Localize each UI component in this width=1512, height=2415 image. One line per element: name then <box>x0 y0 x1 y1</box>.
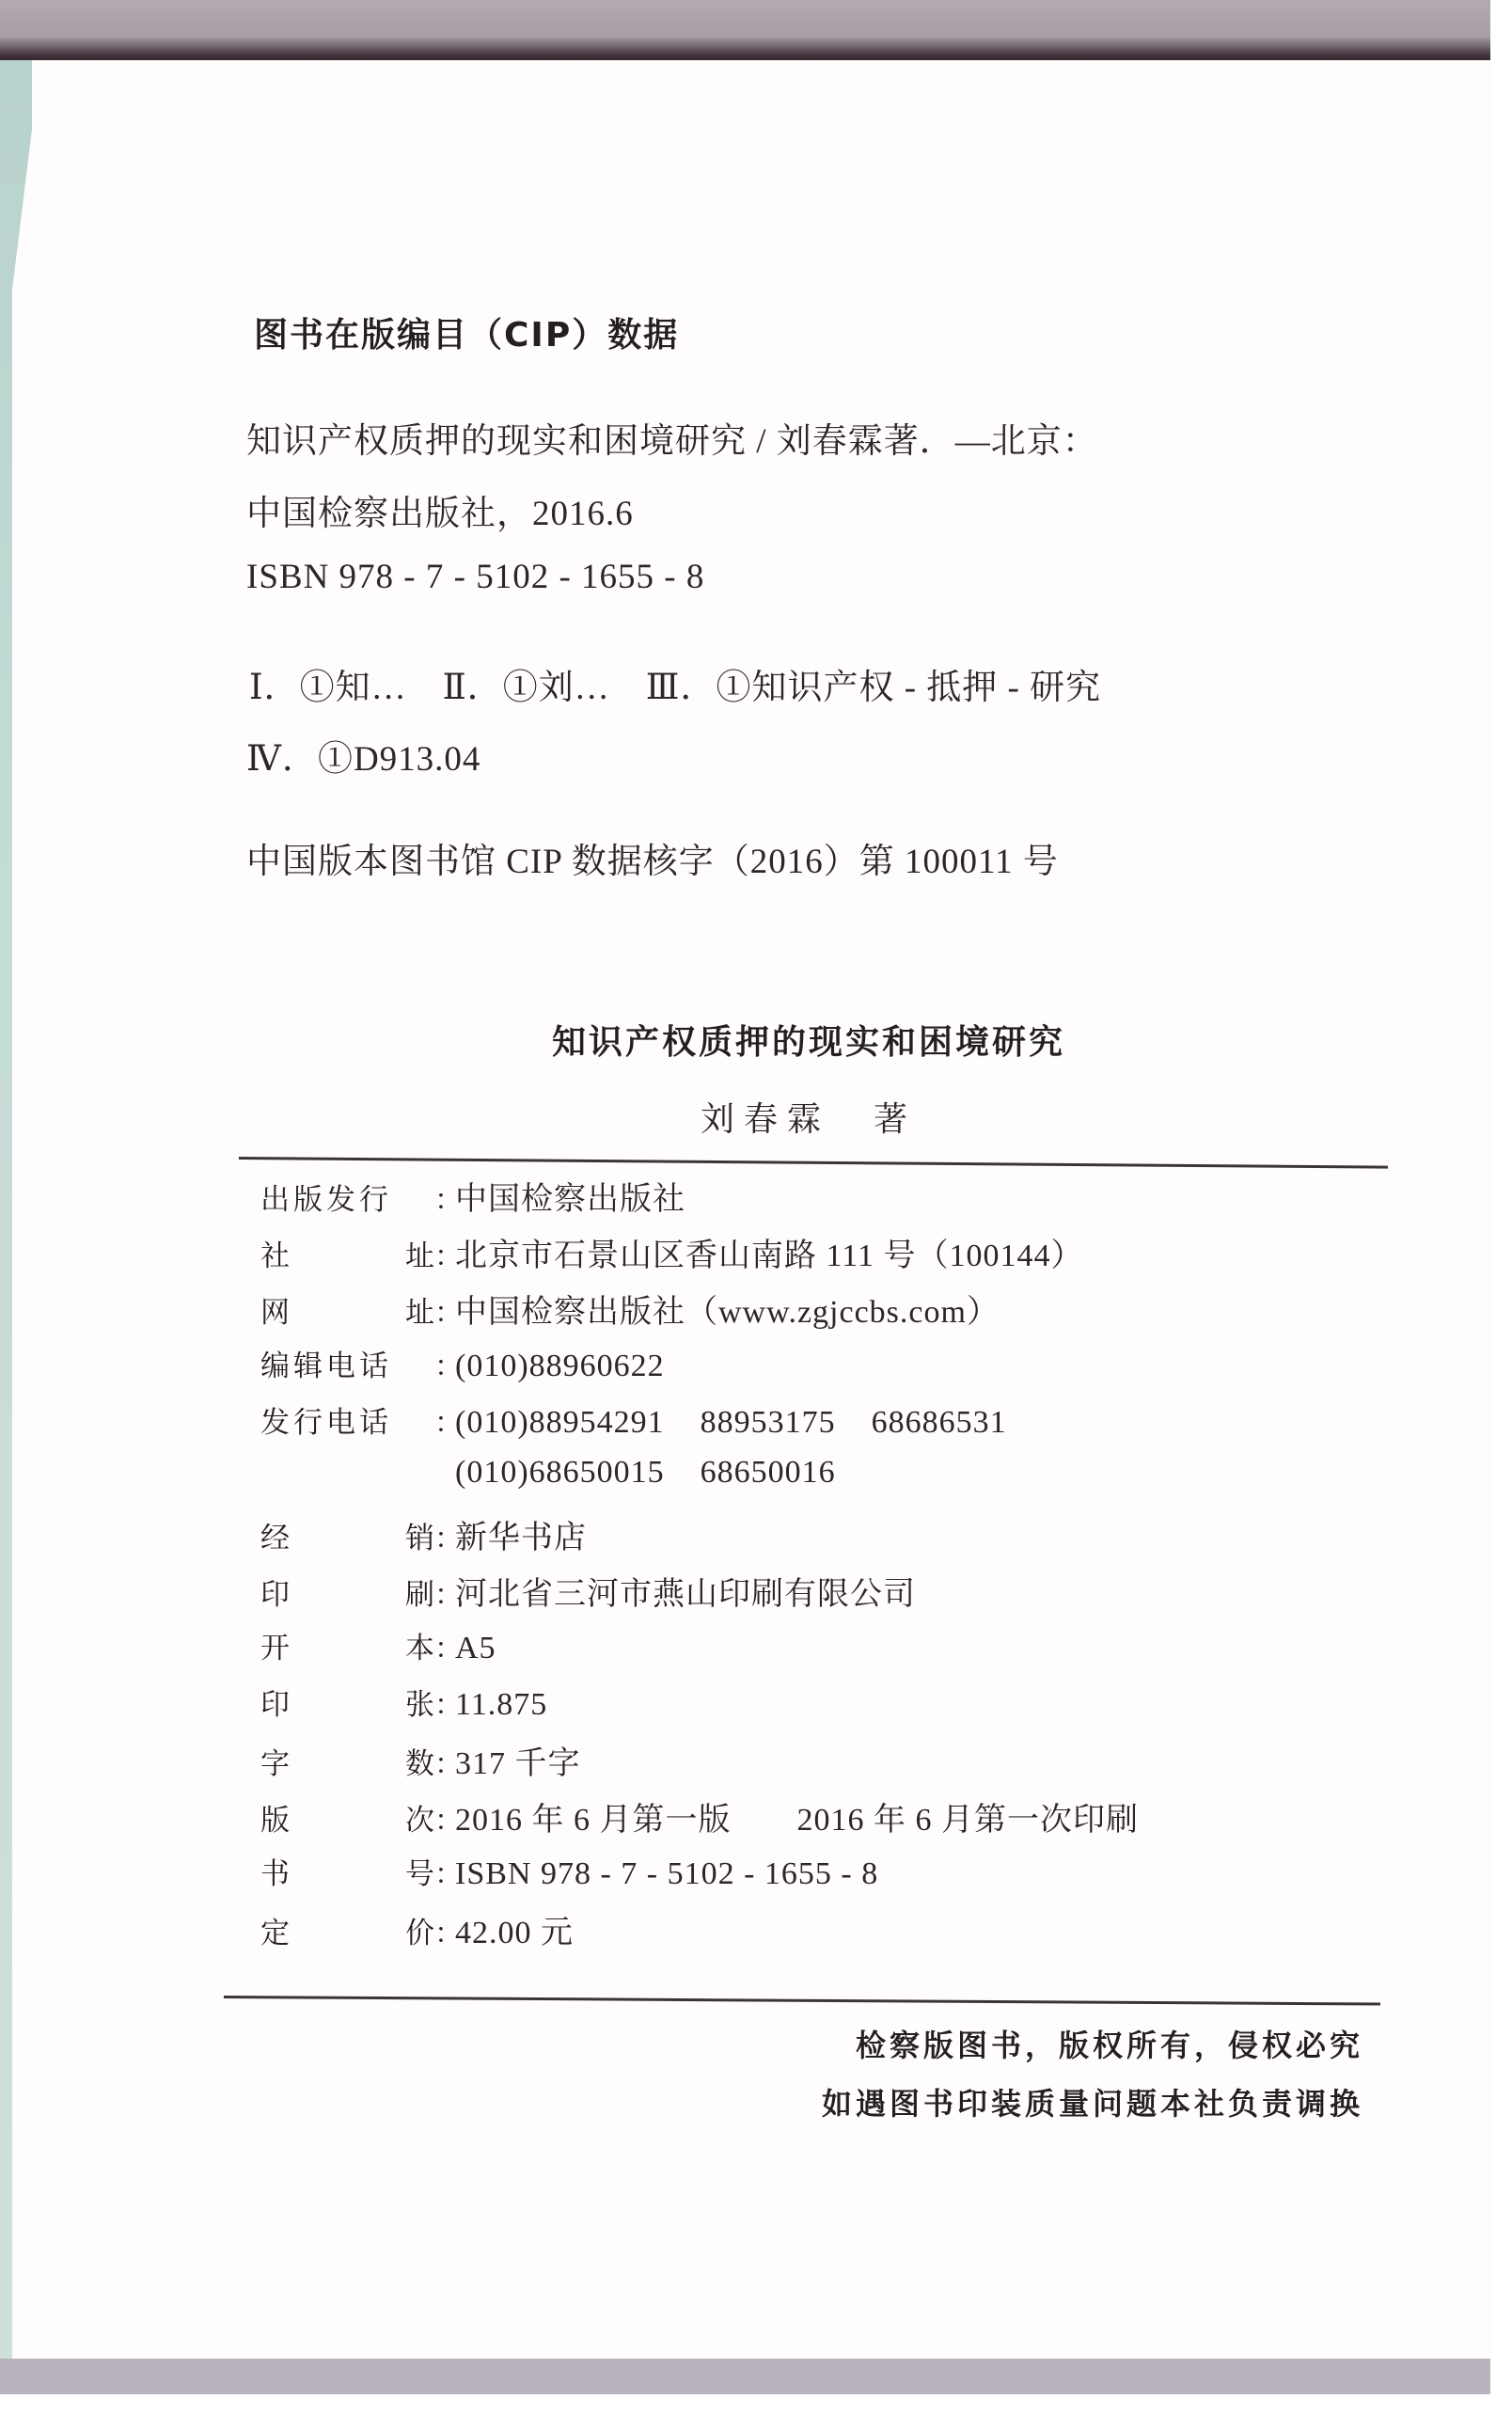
imprint-label: 网址 <box>260 1288 434 1331</box>
imprint-row-website: 网址 ： 中国检察出版社（www.zgjccbs.com） <box>260 1286 1139 1342</box>
imprint-label: 印刷 <box>260 1571 434 1613</box>
imprint-value: 11.875 <box>455 1687 547 1723</box>
imprint-row-printer: 印刷 ： 河北省三河市燕山印刷有限公司 <box>260 1568 1139 1624</box>
quality-notice: 如遇图书印装质量问题本社负责调换 <box>822 2080 1363 2123</box>
imprint-label: 印张 <box>260 1681 434 1723</box>
imprint-row-distribution-phone-cont: (010)6865001568650016 <box>260 1455 1139 1511</box>
imprint-value: 北京市石景山区香山南路 111 号（100144） <box>455 1229 1083 1275</box>
copyright-notice: 检察版图书，版权所有，侵权必究 <box>856 2022 1363 2065</box>
imprint-label: 字数 <box>260 1740 434 1782</box>
cip-heading: 图书在版编目（CIP）数据 <box>254 308 679 356</box>
imprint-value: 中国检察出版社 <box>455 1173 685 1219</box>
imprint-value: 河北省三河市燕山印刷有限公司 <box>455 1568 916 1614</box>
imprint-row-word-count: 字数 ： 317 千字 <box>260 1737 1139 1793</box>
imprint-row-edition: 版次 ： 2016 年 6 月第一版2016 年 6 月第一次印刷 <box>260 1793 1139 1850</box>
imprint-value: 317 千字 <box>455 1737 581 1783</box>
imprint-label: 定价 <box>260 1909 434 1951</box>
imprint-row-price: 定价 ： 42.00 元 <box>260 1906 1139 1963</box>
cip-publisher-line: 中国检察出版社，2016.6 <box>246 484 634 535</box>
imprint-label: 出版发行 <box>260 1176 434 1218</box>
imprint-label: 版次 <box>260 1796 434 1839</box>
book-author: 刘春霖 著 <box>0 1093 1512 1141</box>
cip-classification-line: Ⅳ．①D913.04 <box>246 730 480 781</box>
cip-isbn-line: ISBN 978 - 7 - 5102 - 1655 - 8 <box>246 557 704 597</box>
cip-title-line: 知识产权质押的现实和困境研究 / 刘春霖著．—北京： <box>246 412 1098 463</box>
imprint-row-publisher: 出版发行 ： 中国检察出版社 <box>260 1173 1139 1229</box>
imprint-row-sheets: 印张 ： 11.875 <box>260 1681 1139 1737</box>
imprint-label: 书号 <box>260 1850 434 1892</box>
imprint-row-format: 开本 ： A5 <box>260 1624 1139 1681</box>
imprint-value: (010)88960622 <box>455 1349 665 1384</box>
imprint-label: 发行电话 <box>260 1398 434 1441</box>
imprint-label: 社址 <box>260 1232 434 1274</box>
imprint-value: ISBN 978 - 7 - 5102 - 1655 - 8 <box>455 1856 878 1892</box>
cip-record-number: 中国版本图书馆 CIP 数据核字（2016）第 100011 号 <box>246 832 1059 883</box>
imprint-value: A5 <box>455 1631 496 1666</box>
imprint-label: 开本 <box>260 1624 434 1666</box>
imprint-row-address: 社址 ： 北京市石景山区香山南路 111 号（100144） <box>260 1229 1139 1286</box>
imprint-row-isbn: 书号 ： ISBN 978 - 7 - 5102 - 1655 - 8 <box>260 1850 1139 1906</box>
imprint-label: 编辑电话 <box>260 1342 434 1384</box>
imprint-label: 经销 <box>260 1514 434 1556</box>
imprint-value: (010)6865001568650016 <box>455 1455 836 1491</box>
imprint-row-distribution-phone: 发行电话 ： (010)889542918895317568686531 <box>260 1398 1139 1455</box>
imprint-value: 新华书店 <box>455 1511 587 1557</box>
imprint-value: (010)889542918895317568686531 <box>455 1405 1007 1441</box>
imprint-value: 2016 年 6 月第一版2016 年 6 月第一次印刷 <box>455 1793 1139 1839</box>
book-title: 知识产权质押的现实和困境研究 <box>0 1016 1512 1064</box>
cip-subject-line: Ⅰ．①知… Ⅱ．①刘… Ⅲ．①知识产权 - 抵押 - 研究 <box>249 658 1101 709</box>
imprint-row-editorial-phone: 编辑电话 ： (010)88960622 <box>260 1342 1139 1398</box>
imprint-table: 出版发行 ： 中国检察出版社 社址 ： 北京市石景山区香山南路 111 号（10… <box>260 1173 1139 1963</box>
imprint-row-distributor: 经销 ： 新华书店 <box>260 1511 1139 1568</box>
imprint-value: 42.00 元 <box>455 1906 574 1952</box>
scan-background-top <box>0 0 1490 66</box>
scan-background-bottom <box>0 2359 1490 2394</box>
imprint-value: 中国检察出版社（www.zgjccbs.com） <box>455 1286 1000 1332</box>
